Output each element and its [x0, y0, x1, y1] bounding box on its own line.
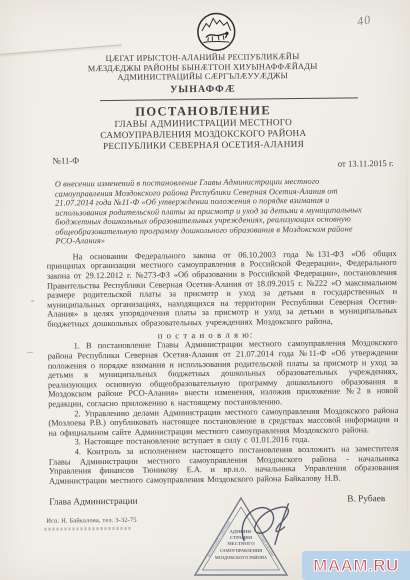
signer-name: В. Рубаев — [347, 494, 385, 504]
document-page: 40 ЦÆГАТ ИРЫСТОН-АЛАНИЙЫ РЕСПУБЛИКÆЙЫ МÆ… — [0, 0, 410, 580]
handwritten-page-number: 40 — [356, 12, 373, 29]
letterhead: ЦÆГАТ ИРЫСТОН-АЛАНИЙЫ РЕСПУБЛИКÆЙЫ МÆЗДÆ… — [0, 51, 409, 154]
doc-date: от 13.11.2015 г. — [338, 152, 394, 169]
resolution-items: 1. В постановление Главы Администрации м… — [1, 338, 410, 486]
doc-subject: О внесении изменений в постановление Гла… — [55, 176, 372, 246]
resolution-item-2: 2. Управлению делами Администрации местн… — [48, 406, 398, 438]
signer-title: Глава Администрации — [49, 497, 138, 508]
ossetian-doc-title: УЫНАФФÆ — [0, 82, 408, 97]
scanned-document-photo: 40 ЦÆГАТ ИРЫСТОН-АЛАНИЙЫ РЕСПУБЛИКÆЙЫ МÆ… — [0, 0, 410, 580]
resolution-item-1: 1. В постановление Главы Администрации м… — [48, 338, 399, 409]
preamble-paragraph: На основании Федерального закона от 06.1… — [47, 249, 398, 329]
maam-watermark: MAAM.RU — [302, 551, 410, 580]
handwritten-signature — [231, 498, 311, 556]
microprint-line — [44, 527, 132, 531]
north-ossetia-coat-of-arms-icon — [196, 12, 236, 52]
header-divider — [100, 97, 358, 101]
doc-number-row: №11-Ф от 13.11.2015 г. — [53, 152, 394, 172]
doc-number: №11-Ф — [53, 156, 80, 166]
resolution-item-4: 4. Контроль за исполнением настоящего по… — [49, 444, 399, 486]
